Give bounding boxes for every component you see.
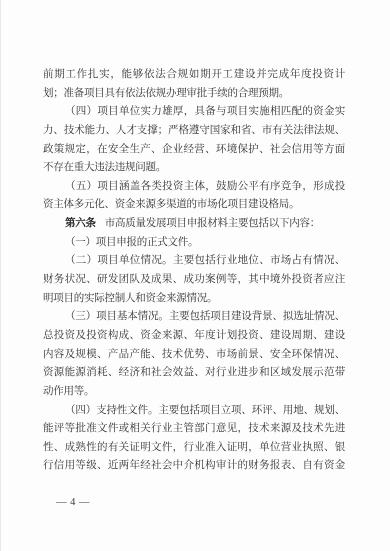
- article-heading-text: 市高质量发展项目申报材料主要包括以下内容：: [105, 218, 320, 229]
- text-line: （三）项目基本情况。主要包括项目建设背景、拟选址情况、: [43, 308, 345, 327]
- text-line: （一）项目申报的正式文件。: [43, 234, 345, 253]
- text-line: 财务状况、研发团队及成果、成功案例等，其中境外投资者应注: [43, 271, 345, 290]
- article-number: 第六条: [65, 218, 96, 229]
- text-line: 内容及规模、产品产能、技术优势、市场前景、安全环保情况、: [43, 346, 345, 365]
- text-line: 资源能源消耗、经济和社会效益、对行业进步和区域发展示范带: [43, 364, 345, 383]
- text-line: 力、技术能力、人才支撑；严格遵守国家和省、市有关法律法规、: [43, 122, 345, 141]
- text-line: 明项目的实际控制人和资金来源情况。: [43, 290, 345, 309]
- scan-edge-line: [0, 0, 1, 551]
- text-line: 资主体多元化、资金来源多渠道的市场化项目建设格局。: [43, 196, 345, 215]
- text-line: （四）支持性文件。主要包括项目立项、环评、用地、规划、: [43, 402, 345, 421]
- text-line: 政策规定，在安全生产、企业经营、环境保护、社会信用等方面: [43, 141, 345, 160]
- document-text-block: 前期工作扎实，能够依法合规如期开工建设并完成年度投资计 划；准备项目具有依法依规…: [43, 66, 345, 476]
- page-number: — 4 —: [56, 497, 90, 508]
- text-line: （五）项目涵盖各类投资主体，鼓励公平有序竞争，形成投: [43, 178, 345, 197]
- text-line: 性、成熟性的有关证明文件，行业准入证明，单位营业执照、银: [43, 439, 345, 458]
- document-page: 前期工作扎实，能够依法合规如期开工建设并完成年度投资计 划；准备项目具有依法依规…: [0, 0, 390, 551]
- text-line: 行信用等级、近两年经社会中介机构审计的财务报表、自有资金: [43, 457, 345, 476]
- text-line: 总投资及投资构成、资金来源、年度计划投资、建设周期、建设: [43, 327, 345, 346]
- text-line: 动作用等。: [43, 383, 345, 402]
- text-line: 划；准备项目具有依法依规办理审批手续的合理预期。: [43, 85, 345, 104]
- text-line: （二）项目单位情况。主要包括行业地位、市场占有情况、: [43, 252, 345, 271]
- text-line: 前期工作扎实，能够依法合规如期开工建设并完成年度投资计: [43, 66, 345, 85]
- text-line: 能评等批准文件或相关行业主管部门意见，技术来源及技术先进: [43, 420, 345, 439]
- text-line: 不存在重大违法违规问题。: [43, 159, 345, 178]
- article-heading-line: 第六条市高质量发展项目申报材料主要包括以下内容：: [43, 215, 345, 234]
- text-line: （四）项目单位实力雄厚，具备与项目实施相匹配的资金实: [43, 103, 345, 122]
